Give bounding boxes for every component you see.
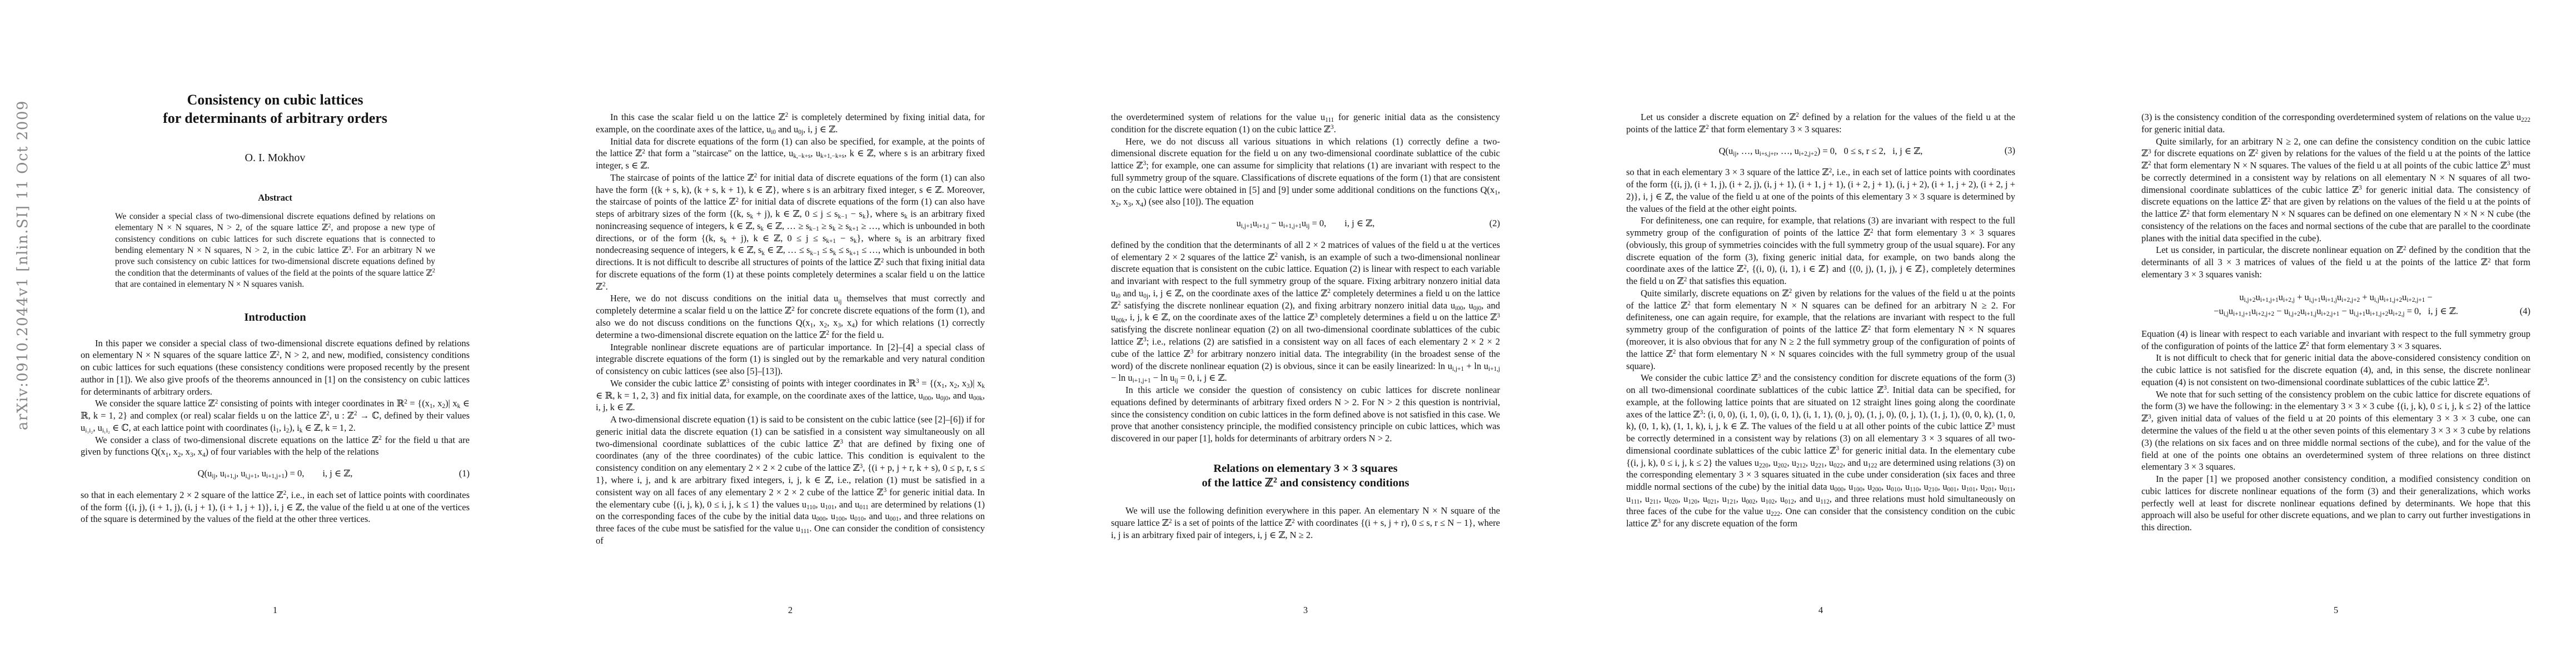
equation-4: ui,j+2ui+1,j+1ui+2,j + ui,j+1ui+1,jui+2,…	[2141, 290, 2530, 318]
paragraph: It is not difficult to check that for ge…	[2141, 352, 2530, 388]
paper-title-line-2: for determinants of arbitrary orders	[163, 110, 387, 126]
equation-1: Q(uij, ui+1,j, ui,j+1, ui+1,j+1) = 0, i,…	[81, 467, 470, 480]
page-number-5: 5	[2141, 605, 2530, 616]
page-2: In this case the scalar field u on the l…	[515, 0, 1030, 667]
paper-title: Consistency on cubic lattices for determ…	[81, 91, 470, 127]
page-4: Let us consider a discrete equation on ℤ…	[1546, 0, 2061, 667]
paragraph: Quite similarly, for an arbitrary N ≥ 2,…	[2141, 136, 2530, 245]
page-2-content: In this case the scalar field u on the l…	[596, 111, 985, 547]
paragraph: Let us consider a discrete equation on ℤ…	[1626, 111, 2015, 136]
paragraph: Integrable nonlinear discrete equations …	[596, 341, 985, 377]
paragraph: so that in each elementary 2 × 2 square …	[81, 489, 470, 525]
equation-4-line-2: −ui,jui+1,j+1ui+2,j+2 − ui,j+2ui+1,jui+2…	[2141, 304, 2530, 318]
page-number-3: 3	[1111, 605, 1500, 616]
paragraph: (3) is the consistency condition of the …	[2141, 111, 2530, 136]
page-1: arXiv:0910.2044v1 [nlin.SI] 11 Oct 2009 …	[0, 0, 515, 667]
paragraph: The staircase of points of the lattice ℤ…	[596, 172, 985, 293]
paragraph: the overdetermined system of relations f…	[1111, 111, 1500, 136]
paragraph: We consider a class of two-dimensional d…	[81, 434, 470, 459]
page-5: (3) is the consistency condition of the …	[2061, 0, 2576, 667]
paragraph: A two-dimensional discrete equation (1) …	[596, 414, 985, 546]
paragraph: Quite similarly, discrete equations on ℤ…	[1626, 287, 2015, 372]
paragraph: In this paper we consider a special clas…	[81, 337, 470, 398]
equation-2-body: ui,j+1ui+1,j − ui+1,j+1uij = 0, i, j ∈ ℤ…	[1237, 218, 1375, 228]
paragraph: In the paper [1] we proposed another con…	[2141, 473, 2530, 534]
equation-4-tag: (4)	[2520, 305, 2530, 317]
page-3: the overdetermined system of relations f…	[1030, 0, 1546, 667]
page-3-content: the overdetermined system of relations f…	[1111, 111, 1500, 541]
paragraph: Let us consider, in particular, the disc…	[2141, 244, 2530, 280]
equation-2: ui,j+1ui+1,j − ui+1,j+1uij = 0, i, j ∈ ℤ…	[1111, 217, 1500, 230]
abstract-text: We consider a special class of two-dimen…	[81, 211, 470, 290]
paragraph: We consider the cubic lattice ℤ3 and the…	[1626, 372, 2015, 529]
paragraph: defined by the condition that the determ…	[1111, 239, 1500, 384]
paragraph: We will use the following definition eve…	[1111, 505, 1500, 541]
paper-montage: arXiv:0910.2044v1 [nlin.SI] 11 Oct 2009 …	[0, 0, 2576, 667]
paragraph: Equation (4) is linear with respect to e…	[2141, 328, 2530, 352]
paragraph: Initial data for discrete equations of t…	[596, 136, 985, 172]
equation-1-body: Q(uij, ui+1,j, ui,j+1, ui+1,j+1) = 0, i,…	[198, 468, 353, 479]
abstract-heading: Abstract	[81, 192, 470, 204]
paragraph: Here, we do not discuss conditions on th…	[596, 292, 985, 341]
page-number-4: 4	[1626, 605, 2015, 616]
paragraph: Here, we do not discuss all various situ…	[1111, 136, 1500, 208]
page-1-content: Consistency on cubic lattices for determ…	[81, 91, 470, 525]
section-heading-relations: Relations on elementary 3 × 3 squares of…	[1111, 461, 1500, 490]
page-number-1: 1	[81, 605, 470, 616]
equation-3-tag: (3)	[2005, 145, 2015, 157]
section-heading-line-1: Relations on elementary 3 × 3 squares	[1213, 462, 1397, 475]
equation-3-body: Q(uij, …, ui+s,j+r, …, ui+2,j+2) = 0, 0 …	[1719, 146, 1923, 156]
paragraph: We consider the cubic lattice ℤ3 consist…	[596, 377, 985, 414]
paragraph: In this article we consider the question…	[1111, 384, 1500, 445]
paragraph: For definiteness, one can require, for e…	[1626, 215, 2015, 287]
page-5-content: (3) is the consistency condition of the …	[2141, 111, 2530, 534]
introduction-heading: Introduction	[81, 310, 470, 325]
section-heading-line-2: of the lattice ℤ2 and consistency condit…	[1202, 477, 1409, 489]
paper-title-line-1: Consistency on cubic lattices	[187, 92, 363, 108]
arxiv-stamp: arXiv:0910.2044v1 [nlin.SI] 11 Oct 2009	[14, 100, 31, 430]
equation-1-tag: (1)	[459, 467, 470, 480]
paragraph: We note that for such setting of the con…	[2141, 389, 2530, 473]
paragraph: so that in each elementary 3 × 3 square …	[1626, 166, 2015, 215]
paragraph: We consider the square lattice ℤ2 consis…	[81, 397, 470, 434]
equation-3: Q(uij, …, ui+s,j+r, …, ui+2,j+2) = 0, 0 …	[1626, 145, 2015, 157]
page-4-content: Let us consider a discrete equation on ℤ…	[1626, 111, 2015, 529]
equation-2-tag: (2)	[1489, 217, 1500, 230]
paper-author: O. I. Mokhov	[81, 151, 470, 165]
paragraph: In this case the scalar field u on the l…	[596, 111, 985, 136]
page-number-2: 2	[596, 605, 985, 616]
equation-4-line-1: ui,j+2ui+1,j+1ui+2,j + ui,j+1ui+1,jui+2,…	[2141, 290, 2530, 305]
